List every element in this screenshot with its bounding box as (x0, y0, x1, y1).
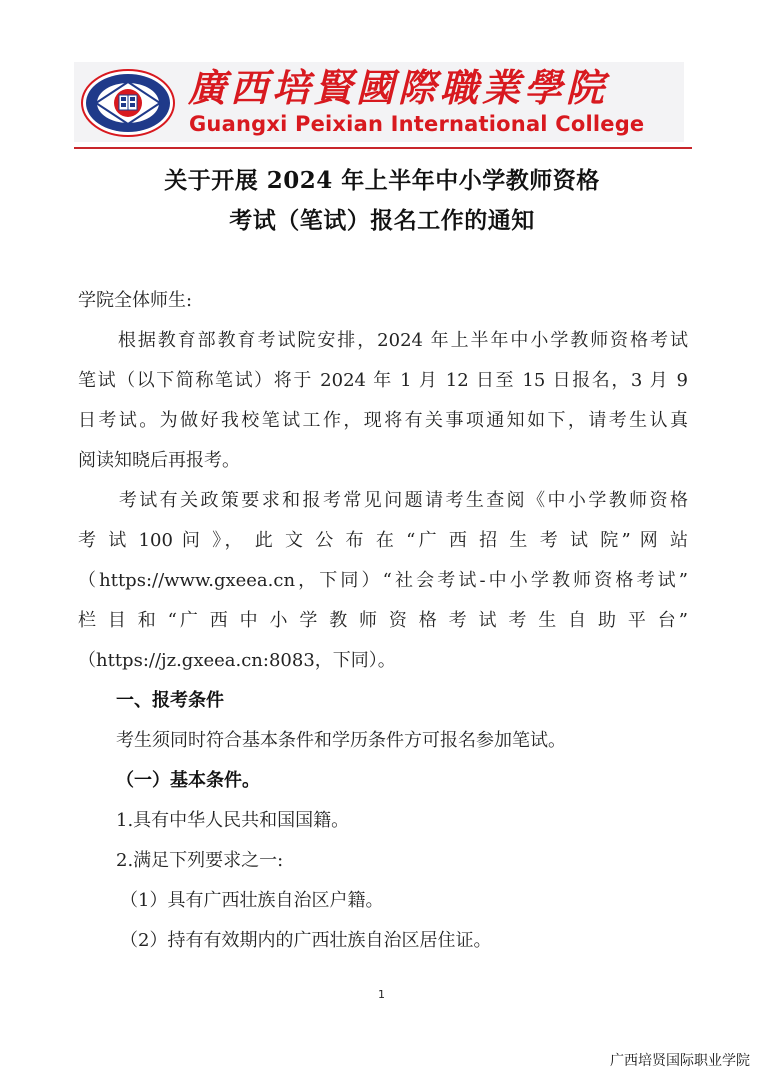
page-number: 1 (378, 988, 385, 1001)
document-title-line-1: 关于开展 2024 年上半年中小学教师资格 (0, 162, 764, 195)
college-logo-icon (80, 68, 176, 138)
header-banner: 廣西培賢國際職業學院 Guangxi Peixian International… (74, 62, 684, 142)
header-divider (74, 147, 692, 149)
section-heading-registration-conditions: 一、报考条件 (116, 686, 224, 712)
subsection-heading-basic-conditions: （一）基本条件。 (116, 766, 260, 792)
condition-subitem-2: （2）持有有效期内的广西壮族自治区居住证。 (120, 926, 491, 952)
paragraph-1-line-1: 根据教育部教育考试院安排，2024 年上半年中小学教师资格考试 (78, 326, 688, 352)
document-title-line-2: 考试（笔试）报名工作的通知 (0, 202, 764, 235)
section-intro: 考生须同时符合基本条件和学历条件方可报名参加笔试。 (116, 726, 566, 752)
paragraph-1-line-2: 笔试（以下简称笔试）将于 2024 年 1 月 12 日至 15 日报名，3 月… (78, 366, 688, 392)
paragraph-2-line-4: 栏 目 和 “广 西 中 小 学 教 师 资 格 考 试 考 生 自 助 平 台… (78, 606, 688, 632)
condition-subitem-1: （1）具有广西壮族自治区户籍。 (120, 886, 383, 912)
brand-name-chinese: 廣西培賢國際職業學院 (188, 65, 608, 111)
salutation: 学院全体师生: (78, 286, 192, 312)
paragraph-1-line-3: 日考试。为做好我校笔试工作，现将有关事项通知如下，请考生认真 (78, 406, 688, 432)
paragraph-2-line-3: （https://www.gxeea.cn，下同）“社会考试-中小学教师资格考试… (78, 566, 688, 592)
condition-item-2: 2.满足下列要求之一: (116, 846, 283, 872)
brand-name-english: Guangxi Peixian International College (189, 111, 644, 137)
paragraph-2-line-1: 考试有关政策要求和报考常见问题请考生查阅《中小学教师资格 (78, 486, 688, 512)
footer-organization: 广西培贤国际职业学院 (610, 1050, 750, 1070)
paragraph-2-line-2: 考 试 100 问 》， 此 文 公 布 在 “广 西 招 生 考 试 院” 网… (78, 526, 688, 552)
paragraph-2-line-5: （https://jz.gxeea.cn:8083，下同）。 (78, 646, 396, 672)
paragraph-1-line-4: 阅读知晓后再报考。 (78, 446, 240, 472)
condition-item-1: 1.具有中华人民共和国国籍。 (116, 806, 349, 832)
